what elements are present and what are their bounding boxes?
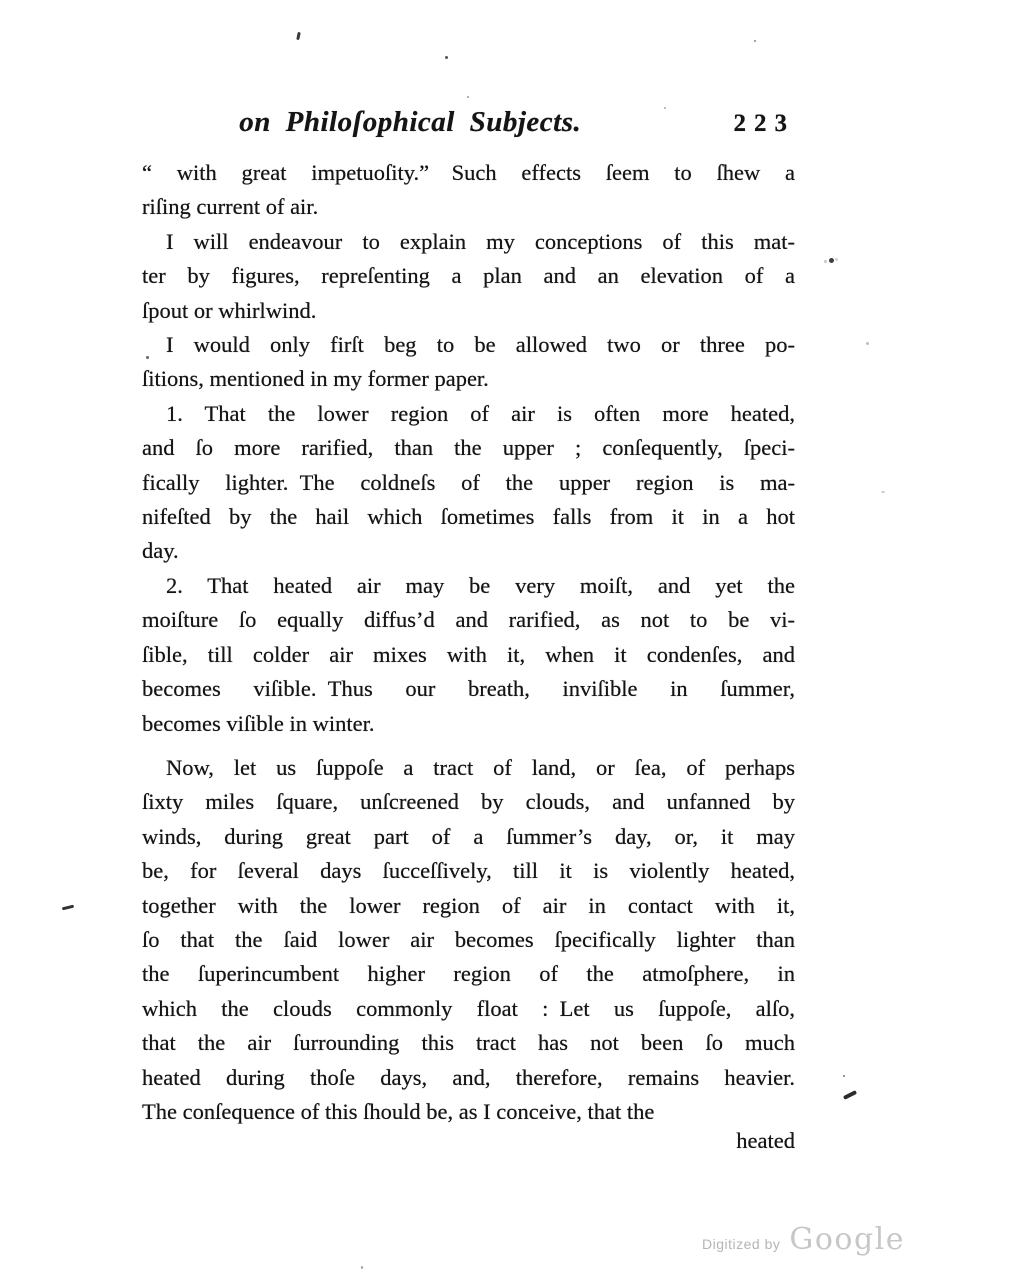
text-line: fically lighter. The coldneſs of the upp… [142,466,795,500]
scan-speck [467,96,469,98]
book-page-scan: on Philoſophical Subjects. 223 “ with gr… [0,0,1014,1282]
text-line: nifeſted by the hail which ſometimes fal… [142,500,795,534]
text-line: and ſo more rarified, than the upper ; c… [142,431,795,465]
text-line: heated during thoſe days, and, therefore… [142,1061,795,1095]
page-number: 223 [734,110,796,138]
text-line: ſitions, mentioned in my former paper. [142,362,795,396]
text-line: I will endeavour to explain my conceptio… [142,225,795,259]
paragraph: Now, let us ſuppoſe a tract of land, or … [142,751,795,1129]
scan-speck [829,258,834,263]
scan-speck [445,56,448,59]
google-logo: Google [789,1222,905,1257]
text-line: that the air ſurrounding this tract has … [142,1026,795,1060]
text-line: 2. That heated air may be very moiſt, an… [142,569,795,603]
text-block: “ with great impetuoſity.” Such effects … [142,156,795,1159]
paragraph: I would only firſt beg to be allowed two… [142,328,795,397]
text-line: be, for ſeveral days ſucceſſively, till … [142,854,795,888]
paragraph: I will endeavour to explain my conceptio… [142,225,795,328]
text-line: the ſuperincumbent higher region of the … [142,957,795,991]
catchword: heated [736,1128,795,1153]
text-line: “ with great impetuoſity.” Such effects … [142,156,795,190]
catchword-row: heated [142,1124,795,1158]
text-line: together with the lower region of air in… [142,889,795,923]
scan-speck [296,32,301,40]
text-line: ſpout or whirlwind. [142,294,795,328]
text-line: winds, during great part of a ſummer’s d… [142,820,795,854]
text-line: which the clouds commonly float : Let us… [142,992,795,1026]
digitized-by-google-watermark: Digitized by Google [702,1222,905,1257]
paragraph: “ with great impetuoſity.” Such effects … [142,156,795,225]
scan-speck [62,905,74,911]
scan-speck [664,107,666,109]
text-line: ſixty miles ſquare, unſcreened by clouds… [142,785,795,819]
scan-speck [843,1090,857,1100]
scan-speck [754,40,756,42]
scan-speck [881,491,885,493]
scan-speck [361,1266,363,1269]
scan-speck [146,356,149,359]
text-line: becomes viſible in winter. [142,707,795,741]
text-line: ſo that the ſaid lower air becomes ſpeci… [142,923,795,957]
watermark-prefix: Digitized by [702,1236,780,1252]
paragraph: 1. That the lower region of air is often… [142,397,795,569]
scan-speck [843,1075,845,1077]
scan-speck [866,342,869,345]
page-header: on Philoſophical Subjects. 223 [142,106,795,150]
text-line: I would only firſt beg to be allowed two… [142,328,795,362]
text-line: Now, let us ſuppoſe a tract of land, or … [142,751,795,785]
running-title: on Philoſophical Subjects. [142,106,734,139]
paragraph: 2. That heated air may be very moiſt, an… [142,569,795,741]
text-line: becomes viſible. Thus our breath, inviſi… [142,672,795,706]
text-line: day. [142,534,795,568]
text-line: riſing current of air. [142,190,795,224]
text-line: ter by figures, repreſenting a plan and … [142,259,795,293]
text-line: moiſture ſo equally diffus’d and rarifie… [142,603,795,637]
text-line: 1. That the lower region of air is often… [142,397,795,431]
text-line: ſible, till colder air mixes with it, wh… [142,638,795,672]
